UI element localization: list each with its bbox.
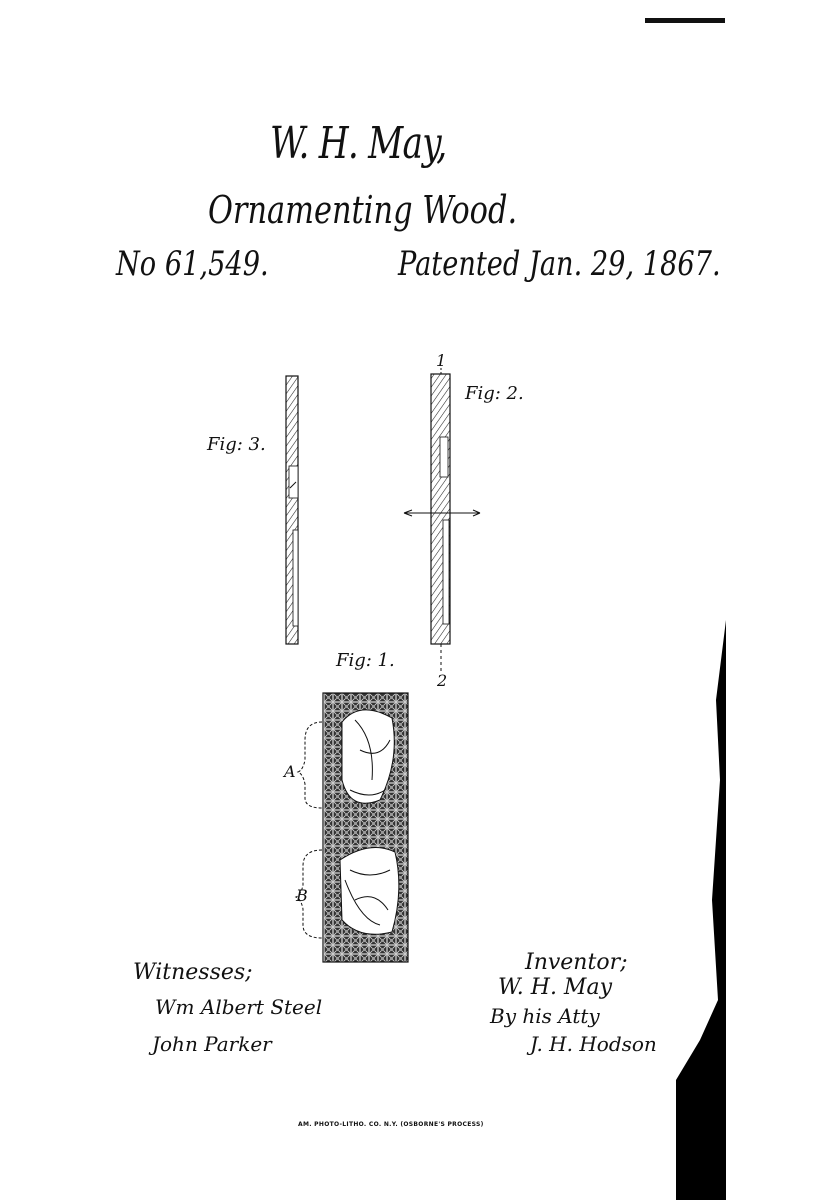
attorney-byline: By his Atty bbox=[490, 1004, 600, 1028]
scan-edge-artifact bbox=[645, 18, 726, 1200]
region-a-label: A bbox=[284, 762, 296, 781]
fig3-section-drawing bbox=[286, 376, 298, 644]
inventor-heading: Inventor; bbox=[525, 950, 628, 975]
lithographer-imprint: AM. PHOTO-LITHO. CO. N.Y. (OSBORNE'S PRO… bbox=[298, 1121, 484, 1128]
fig1-panel-drawing bbox=[296, 693, 408, 962]
patent-drawing bbox=[0, 0, 816, 1200]
attorney-signature: J. H. Hodson bbox=[530, 1032, 657, 1056]
region-b-label: B bbox=[296, 886, 308, 905]
witness-signature-2: John Parker bbox=[152, 1032, 272, 1056]
witness-signature-1: Wm Albert Steel bbox=[155, 995, 322, 1019]
section-line-label-bottom: 2 bbox=[437, 671, 447, 690]
fig2-label: Fig: 2. bbox=[465, 383, 524, 404]
fig3-label: Fig: 3. bbox=[207, 434, 266, 455]
witnesses-heading: Witnesses; bbox=[133, 960, 253, 985]
fig2-section-drawing bbox=[404, 368, 480, 672]
inventor-signature: W. H. May bbox=[498, 975, 612, 1000]
fig1-label: Fig: 1. bbox=[336, 650, 395, 671]
section-line-label-top: 1 bbox=[436, 351, 446, 370]
